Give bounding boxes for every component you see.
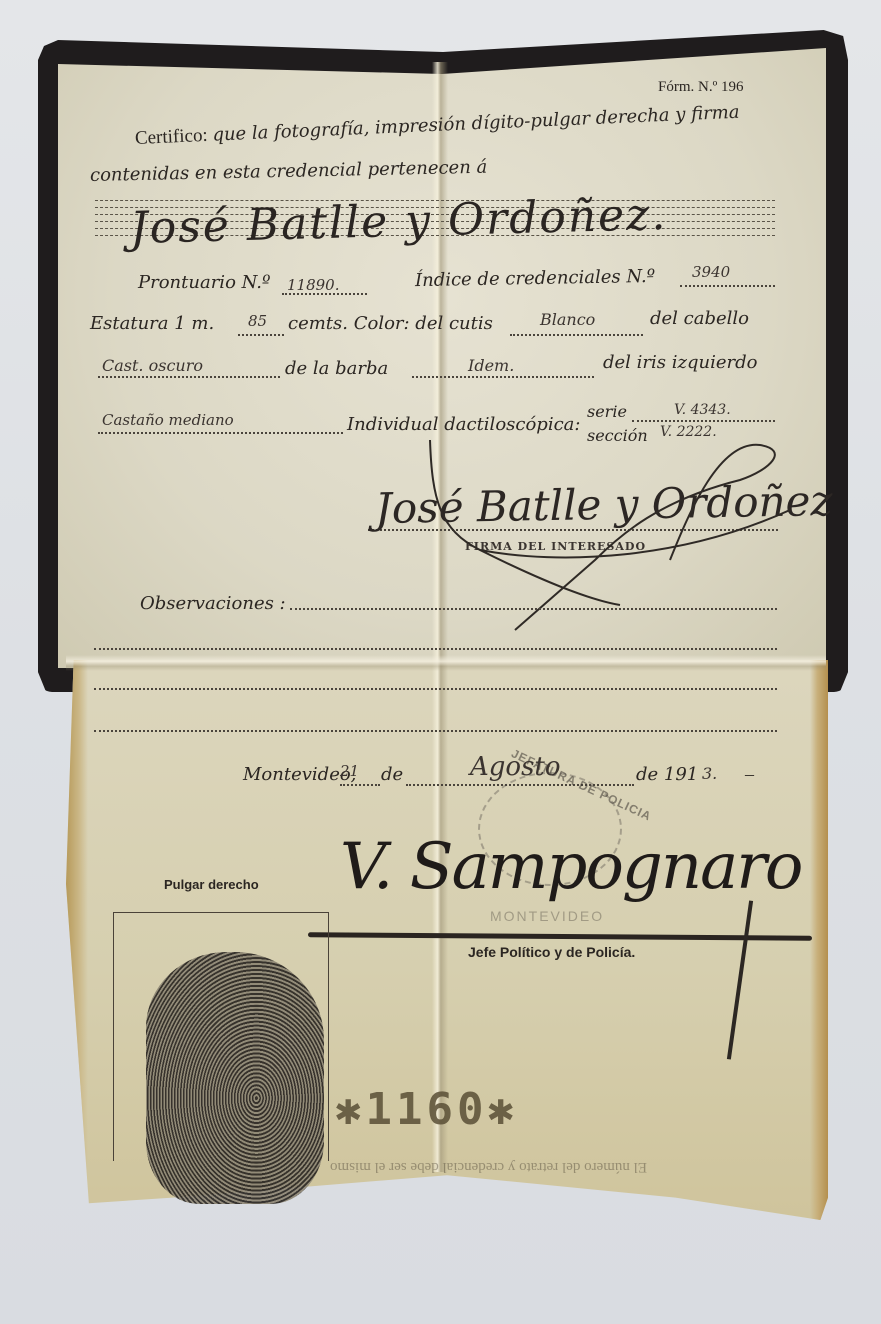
thumb-label: Pulgar derecho: [164, 877, 259, 892]
cabello-value: Cast. oscuro: [102, 356, 203, 375]
right-thumbprint: [146, 952, 324, 1204]
signature-flourish: [420, 440, 800, 640]
stamp-bottom-text: MONTEVIDEO: [490, 908, 604, 924]
prontuario-label: Prontuario N.º: [138, 272, 270, 293]
seccion-value: V. 2222.: [660, 424, 717, 440]
issue-day: 21: [340, 762, 359, 780]
dactiloscopic-label: Individual dactiloscópica:: [347, 414, 580, 435]
official-title: Jefe Político y de Policía.: [468, 944, 635, 960]
indice-value: 3940: [692, 263, 730, 281]
prontuario-value: 11890.: [287, 276, 340, 294]
official-signature: V. Sampognaro: [340, 830, 801, 904]
barba-value: Idem.: [468, 356, 514, 375]
form-number: Fórm. N.º 196: [658, 79, 744, 96]
issue-dash: –: [745, 764, 754, 785]
issue-de-label: de: [381, 764, 403, 785]
indice-label: Índice de credenciales N.º: [415, 266, 656, 291]
issue-year-label: de 191: [636, 764, 698, 785]
mirrored-bleed-through-text: El número del retrato y credencial debe …: [330, 1158, 647, 1175]
certification-lead: Certifico:: [135, 125, 209, 149]
serie-label: serie: [587, 402, 627, 421]
barba-label: de la barba: [285, 358, 388, 379]
estatura-label: Estatura 1 m.: [90, 313, 214, 334]
perforated-serial-number: ✱1160✱: [335, 1084, 518, 1135]
cabello-label: del cabello: [650, 308, 749, 329]
cemts-color-label: cemts. Color: del cutis: [288, 313, 493, 334]
iris-value: Castaño mediano: [102, 411, 234, 429]
cutis-value: Blanco: [540, 310, 595, 329]
estatura-value: 85: [248, 312, 267, 330]
serie-value: V. 4343.: [674, 402, 731, 418]
horizontal-fold-crease: [66, 655, 826, 671]
observaciones-label: Observaciones :: [140, 593, 286, 614]
iris-label: del iris izquierdo: [603, 352, 757, 373]
issue-year-digit: 3.: [702, 764, 717, 783]
